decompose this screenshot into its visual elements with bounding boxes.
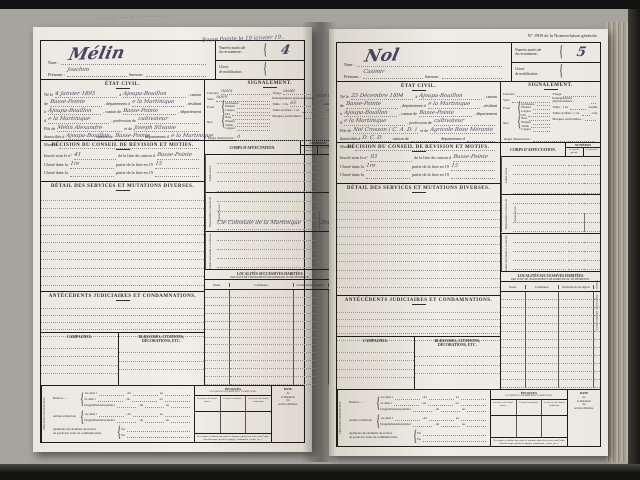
ruled-line (337, 327, 500, 334)
campagnes-cell: CAMPAGNES. (337, 337, 415, 389)
reserve-group-row: Réserve . . . { 1re dans l, duau 2e dans… (53, 390, 192, 408)
service-line: dater du 10 Janvier 1916. Arrivé au corp… (41, 209, 204, 218)
main-columns: ÉTAT CIVIL. Né le 25 Décembre 1894 à Ajo… (337, 82, 600, 389)
renseignements-row: Renseignements physionomiques : (552, 97, 598, 104)
firstname-line: Prénoms : Joachim Surnom : (45, 65, 211, 77)
signalement-title: SIGNALEMENT. (205, 80, 335, 89)
service-line (337, 254, 500, 263)
classe-label: Classede mobilisation : (216, 65, 263, 74)
ruled-line (215, 156, 335, 164)
reserve-group-row: Réserve . . . { 1re dans l, duau 2e dans… (349, 394, 488, 412)
hw-canton: Basse-Pointe (49, 100, 85, 105)
marques-row: Marques particulières : (272, 113, 332, 119)
table-footnote: Ne remplir ce tableau que pour les homme… (195, 433, 271, 442)
name-block: Nom : Nol Prénoms : Casimir Surnom : (337, 43, 511, 81)
taille-row: Taille : 1 m.centim. (552, 104, 598, 110)
matricule-label: Numéro matriculedu recrutement : (512, 48, 559, 57)
form-line: à Ajoupa-Bouillon , canton de Basse-Poin… (337, 109, 500, 117)
ruled-line (337, 313, 500, 320)
ruled-line (215, 251, 335, 259)
reserve-group: Disponibilité et réserve de l'armée acti… (501, 195, 600, 233)
header-section: Nom : Nol Prénoms : Casimir Surnom : Num… (337, 43, 600, 82)
hw-birth-date: 25 Décembre 1894 (350, 94, 403, 99)
etat-civil-section: ÉTAT CIVIL. Né le 4 Janvier 1895 à Ajoup… (41, 80, 204, 141)
ruled-line (41, 260, 204, 269)
header-section: Nom : Mélin Prénoms : Joachim Surnom : N… (41, 41, 304, 80)
page-frame: Nom : Mélin Prénoms : Joachim Surnom : N… (40, 40, 305, 443)
surnom-field (442, 60, 502, 79)
campagnes-cell: CAMPAGNES. Contre l'Allemagne aux Antill… (41, 333, 119, 385)
form-line: d e la Martinique , profession de cultiv… (337, 117, 500, 125)
ruled-line (501, 381, 600, 389)
right-page: N° 1909 de la Nomenclature générale. Nom… (329, 29, 608, 456)
epoques-empty-cells (195, 412, 271, 433)
nomenclature-number: N° 1909 de la Nomenclature générale. (528, 33, 598, 38)
scan-edge-bottom (0, 464, 640, 480)
ruled-line (511, 167, 600, 175)
firstname-line: Prénoms : Casimir Surnom : (341, 67, 507, 79)
date-liberation-column: DATE de la libération du service militai… (567, 390, 600, 446)
ruled-line (41, 366, 118, 374)
surnom-label: Surnom : (129, 72, 144, 77)
left-column: ÉTAT CIVIL. Né le 25 Décembre 1894 à Ajo… (337, 82, 501, 389)
campagnes-title: CAMPAGNES. (337, 337, 414, 344)
corps-title: CORPS D'AFFECTATION. (501, 148, 565, 152)
hw-taille: 65 (290, 102, 296, 106)
right-column: SIGNALEMENT. Cheveuxnoirs Yeuxnoirs Fron… (205, 80, 335, 385)
nez-group: Nez { Dos Base Hauteur Saillie Largeur (503, 114, 552, 132)
marques-row: Marques particulières : (552, 116, 598, 122)
hw-firstname: Casimir (362, 70, 384, 75)
ruled-line (215, 165, 335, 173)
classe-cell: Classede mobilisation : { (512, 63, 600, 82)
signalement-section: SIGNALEMENT. Cheveuxnoirs Yeuxnoirs Fron… (205, 80, 335, 141)
ruled-line (511, 253, 600, 261)
aptitudes-row: Aptitudes aux hommes du servicede garde … (349, 430, 488, 442)
degre-row: Degré d'instruction :0 (205, 131, 335, 141)
ruled-line (415, 357, 500, 365)
periodes-vertical-label: PÉRIODES D'EXERCICES (337, 390, 347, 446)
hw-corps: Cie Coloniale de la Martinique (217, 221, 301, 226)
matricule-box: Numéro matriculedu recrutement : { 5 Cla… (511, 43, 600, 81)
ruled-line (511, 176, 600, 184)
blessures-cell: BLESSURES, CITATIONS,DÉCORATIONS, ETC. (415, 337, 500, 389)
hw-birth-place: Ajoupa-Bouillon (123, 92, 167, 97)
services-section: DÉTAIL DES SERVICES ET MUTATIONS DIVERSE… (337, 184, 500, 296)
degre-row: Degré d'instruction : (501, 134, 600, 142)
service-line: militaires le 23 Août 1917. (41, 252, 204, 261)
etat-civil-title: ÉTAT CIVIL. (337, 82, 500, 92)
left-column: ÉTAT CIVIL. Né le 4 Janvier 1895 à Ajoup… (41, 80, 205, 385)
ruled-line (337, 370, 414, 378)
ruled-line (511, 244, 600, 252)
form-line: Classé dans la 1re partie de la liste en… (337, 162, 500, 171)
classe-cell: Classede mobilisation : { (216, 61, 304, 80)
birth-place-field: Ajoupa-Bouillon (419, 92, 481, 100)
services-title: DÉTAIL DES SERVICES ET MUTATIONS DIVERSE… (41, 182, 204, 192)
scanned-register-spread: Nom : Mélin Prénoms : Joachim Surnom : N… (0, 0, 640, 480)
antecedents-title: ANTÉCÉDENTS JUDICIAIRES ET CONDAMNATIONS… (41, 292, 204, 302)
localites-table: LOCALITÉS SUCCESSIVES HABITÉES PAR SUITE… (205, 270, 335, 385)
classe-label: Classede mobilisation : (512, 67, 559, 76)
hw-residence: Ajoupa-Bouillon (47, 109, 91, 114)
corps-title: CORPS D'AFFECTATION. (205, 146, 300, 150)
etat-civil-section: ÉTAT CIVIL. Né le 25 Décembre 1894 à Ajo… (337, 82, 500, 143)
hw-firstname: Joachim (66, 68, 89, 73)
territoriale-group-row: Armée territoriale { 1re dans l, duau (S… (349, 415, 488, 427)
hw-visage: ovale (283, 90, 296, 94)
register-page: Nom : Mélin Prénoms : Joachim Surnom : N… (33, 27, 312, 452)
surnom-field (146, 58, 206, 77)
blessures-cell: BLESSURES, CITATIONS,DÉCORATIONS, ETC. (119, 333, 204, 385)
hw-father: Nol Crosson ( C. A. D. ) (353, 128, 417, 133)
birth-place-field: Ajoupa-Bouillon (123, 90, 185, 98)
ruled-line (511, 185, 600, 193)
signalement-section: SIGNALEMENT. Cheveux Yeux Front { Inclin… (501, 82, 600, 143)
ruled-line (511, 158, 600, 166)
ruled-line (215, 183, 335, 191)
services-title: DÉTAIL DES SERVICES ET MUTATIONS DIVERSE… (337, 184, 500, 194)
ruled-line (337, 271, 500, 280)
campagne-line: du 22 Janvier 1917 au 23 Août 1917. (41, 349, 118, 357)
hw-canton-liste: Basse-Pointe (156, 153, 192, 158)
corps-affectation-table: CORPS D'AFFECTATION. NUMÉROS au contrôle… (501, 143, 600, 272)
territoriale-group: Armée territoriale et sa réserve. (205, 232, 335, 269)
ruled-line (41, 316, 204, 323)
ruled-line (119, 362, 204, 370)
surnom-label: Surnom : (425, 74, 440, 79)
hw-surname: Mélin (67, 45, 126, 64)
ruled-line (215, 232, 335, 240)
ruled-line (41, 269, 204, 278)
hw-birth-date: 4 Janvier 1895 (54, 92, 95, 97)
scan-edge-right (628, 9, 640, 479)
left-page: Nom : Mélin Prénoms : Joachim Surnom : N… (33, 27, 312, 452)
matricule-cell: Numéro matriculedu recrutement : { 4 (216, 41, 304, 61)
epoques-table: ÉPOQUES À LAQUELLE L'HOMME DOIT PASSER D… (194, 386, 271, 442)
hw-cheveux: noirs (220, 90, 232, 94)
aptitudes-row: Aptitudes aux hommes du servicede garde … (53, 426, 192, 438)
hw-departement: e la Martinique (427, 102, 470, 107)
service-line (337, 228, 500, 237)
form-line: de Basse-Pointe , département d e la Mar… (41, 98, 204, 106)
ruled-line (215, 260, 335, 268)
nez-group: Nez { Dos Base Hauteur Saillie Largeur (207, 113, 272, 131)
campagne-line (337, 344, 414, 352)
hw-canton: Basse-Pointe (345, 102, 381, 107)
hw-father: Mélin Alexandre (57, 126, 103, 131)
birth-date-field: 4 Janvier 1895 (55, 90, 117, 98)
hw-matricule-number: 5 (562, 46, 601, 59)
hw-surname: Nol (363, 47, 400, 65)
form-line: de Basse-Pointe , département d e la Mar… (337, 100, 500, 108)
antecedents-section: ANTÉCÉDENTS JUDICIAIRES ET CONDAMNATIONS… (41, 292, 204, 333)
service-line: Affecté dans la R. A. T. au Bon de la (337, 203, 500, 212)
form-line: Fils de Nol Crosson ( C. A. D. ) et de A… (337, 126, 500, 134)
scan-edge-top (0, 0, 640, 9)
form-line: Fils de Mélin Alexandre et de Joseph Sil… (41, 124, 204, 132)
prenoms-label: Prénoms : (344, 74, 361, 79)
ruled-line (511, 234, 600, 242)
decision-section: DÉCISION DU CONSEIL DE REVISION ET MOTIF… (41, 141, 204, 182)
periodes-vertical-label: PÉRIODES D'EXERCICES (41, 386, 51, 442)
form-line: Classé dans la partie de la liste en 19 (41, 169, 204, 177)
brace-glyph: { (263, 62, 267, 77)
armee-active-group: Armée active. (205, 155, 335, 193)
form-line: à Ajoupa-Bouillon , canton de Basse-Poin… (41, 107, 204, 115)
hw-canton-liste: Basse-Pointe (452, 155, 488, 160)
front-group: Front { Inclinaison Hauteur Largeur (503, 103, 552, 114)
antecedents-title: ANTÉCÉDENTS JUDICIAIRES ET CONDAMNATIONS… (337, 296, 500, 306)
hw-residence: Ajoupa-Bouillon (343, 111, 387, 116)
services-section: DÉTAIL DES SERVICES ET MUTATIONS DIVERSE… (41, 182, 204, 292)
book-page-edges (606, 22, 630, 462)
ruled-line (511, 262, 600, 270)
hw-profession: cultivateur (137, 117, 168, 122)
matricule-box: Numéro matriculedu recrutement : { 4 Cla… (215, 41, 304, 79)
decision-section: DÉCISION DU CONSEIL DE REVISION ET MOTIF… (337, 143, 500, 184)
form-line: Classé dans la 1re partie de la liste en… (41, 160, 204, 169)
antecedents-section: ANTÉCÉDENTS JUDICIAIRES ET CONDAMNATIONS… (337, 296, 500, 337)
epoques-table: ÉPOQUES À LAQUELLE L'HOMME DOIT PASSER D… (490, 390, 567, 446)
service-line: 1er Août 1932. (337, 220, 500, 229)
service-line (337, 237, 500, 246)
ruled-line (41, 357, 118, 365)
ruled-line (41, 309, 204, 316)
hw-profession: cultivateur (433, 119, 464, 124)
service-line: Incorporé à la Cie d'Infie Colle de la M… (41, 201, 204, 210)
campagne-line (337, 353, 414, 361)
ruled-line (337, 279, 500, 288)
campagne-line: Contre l'Allemagne aux Antilles (41, 340, 118, 348)
form-line: Inscrit sous le n° 93 de la liste du can… (337, 153, 500, 162)
signalement-title: SIGNALEMENT. (501, 82, 600, 91)
ruled-line (119, 345, 204, 353)
territoriale-group: Armée territoriale et sa réserve. (501, 234, 600, 271)
corps-entry-row: Cie Coloniale de la Martinique2646 (215, 222, 335, 230)
form-line: domiciliés à Ajoupa-Bouillon canton de B… (41, 132, 204, 140)
ruled-line (119, 353, 204, 361)
table-footnote: Ne remplir ce tableau que pour les homme… (491, 437, 567, 446)
matricule-label: Numéro matriculedu recrutement : (216, 46, 263, 55)
ruled-line (337, 262, 500, 271)
hw-departement: e la Martinique (131, 100, 174, 105)
armee-active-group: Armée active. (501, 157, 600, 195)
ruled-line (337, 306, 500, 313)
ruled-line (415, 366, 500, 374)
campagnes-section: CAMPAGNES. Contre l'Allemagne aux Antill… (41, 333, 204, 385)
hw-matricule-number: 4 (266, 44, 305, 57)
form-line: Inscrit sous le n° 41 de la liste du can… (41, 151, 204, 160)
form-line: Classé dans la partie de la liste en 19 (337, 171, 500, 179)
service-line: de 2e classe le dit jour. Mle 2646. En c… (41, 218, 204, 227)
front-group: Front { Inclinaison Hauteur Largeur (207, 102, 272, 113)
form-line: d e la Martinique , profession de cultiv… (41, 115, 204, 123)
right-column: SIGNALEMENT. Cheveux Yeux Front { Inclin… (501, 82, 600, 389)
reserve-group: Disponibilité et réserve de l'armée acti… (205, 193, 335, 231)
campagnes-section: CAMPAGNES. BLESSURES, CITATIONS,DÉCORATI… (337, 337, 500, 389)
prenoms-label: Prénoms : (48, 72, 65, 77)
ruled-line (511, 196, 600, 204)
decision-title: DÉCISION DU CONSEIL DE REVISION ET MOTIF… (41, 141, 204, 151)
epoques-empty-cells (491, 416, 567, 437)
service-line: au 23 Août 1917. Affecté dans la R. A. T… (41, 235, 204, 244)
campagnes-title: CAMPAGNES. (41, 333, 118, 340)
main-columns: ÉTAT CIVIL. Né le 4 Janvier 1895 à Ajoup… (41, 80, 304, 385)
ruled-line (337, 361, 414, 369)
matricule-cell: Numéro matriculedu recrutement : { 5 (512, 43, 600, 63)
ruled-line (215, 194, 335, 202)
hw-degre: 0 (237, 136, 241, 140)
blessures-title: BLESSURES, CITATIONS,DÉCORATIONS, ETC. (415, 337, 500, 349)
hw-list-number: 41 (74, 153, 82, 158)
bottom-band: PÉRIODES D'EXERCICES Réserve . . . { 1re… (41, 385, 304, 442)
ruled-line (415, 349, 500, 357)
ruled-line (215, 174, 335, 182)
ruled-line (41, 323, 204, 330)
service-line: Martinique. Dégagé de toutes obligations… (337, 211, 500, 220)
decision-title: DÉCISION DU CONSEIL DE REVISION ET MOTIF… (337, 143, 500, 153)
service-line: Bon. Service armé en 1915. (41, 192, 204, 201)
hw-birth-place: Ajoupa-Bouillon (419, 94, 463, 99)
service-line: la Martinique. Dégagé de toutes obligati… (41, 243, 204, 252)
corps-entry-row (511, 224, 600, 232)
form-line: Né le 25 Décembre 1894 à Ajoupa-Bouillon… (337, 92, 500, 100)
register-page: N° 1909 de la Nomenclature générale. Nom… (329, 29, 608, 456)
date-liberation-column: DATE de la libération du service militai… (271, 386, 304, 442)
page-frame: Nom : Nol Prénoms : Casimir Surnom : Num… (336, 42, 601, 447)
form-line: Né le 4 Janvier 1895 à Ajoupa-Bouillon ,… (41, 90, 204, 98)
hw-list-number: 93 (370, 155, 378, 160)
service-line: contre l'Allemagne aux Antilles du 22 Ja… (41, 226, 204, 235)
corps-affectation-table: CORPS D'AFFECTATION. NUMÉROS au contrôle… (205, 141, 335, 270)
form-line: domiciliés à D. C. D. canton de départem… (337, 134, 500, 142)
service-line: Bon absent en 1915. (337, 194, 500, 203)
pencil-annotation: ~ ~~ ~~~ ~ ~~~ ~~ (100, 14, 172, 23)
service-line (337, 245, 500, 254)
ruled-line (337, 288, 500, 296)
ruled-line (41, 277, 204, 286)
etat-civil-title: ÉTAT CIVIL. (41, 80, 204, 90)
bottom-band: PÉRIODES D'EXERCICES Réserve . . . { 1re… (337, 389, 600, 446)
ruled-line (41, 302, 204, 309)
ruled-line (205, 377, 335, 385)
name-block: Nom : Mélin Prénoms : Joachim Surnom : (41, 41, 215, 79)
territoriale-group-row: Armée territoriale { 1re dans l, duau (S… (53, 411, 192, 423)
ruled-line (337, 320, 500, 327)
ruled-line (215, 242, 335, 250)
brace-glyph: { (559, 64, 563, 79)
birth-date-field: 25 Décembre 1894 (351, 92, 413, 100)
blessures-title: BLESSURES, CITATIONS,DÉCORATIONS, ETC. (119, 333, 204, 345)
hw-mother: Joseph Silvanie (134, 126, 177, 131)
hw-mother: Agricole Rose Mérante (430, 128, 494, 133)
localites-table: LOCALITÉS SUCCESSIVES HABITÉES PAR SUITE… (501, 272, 600, 389)
printer-imprint: Melun. — Imprimerie administrative. (595, 280, 599, 331)
